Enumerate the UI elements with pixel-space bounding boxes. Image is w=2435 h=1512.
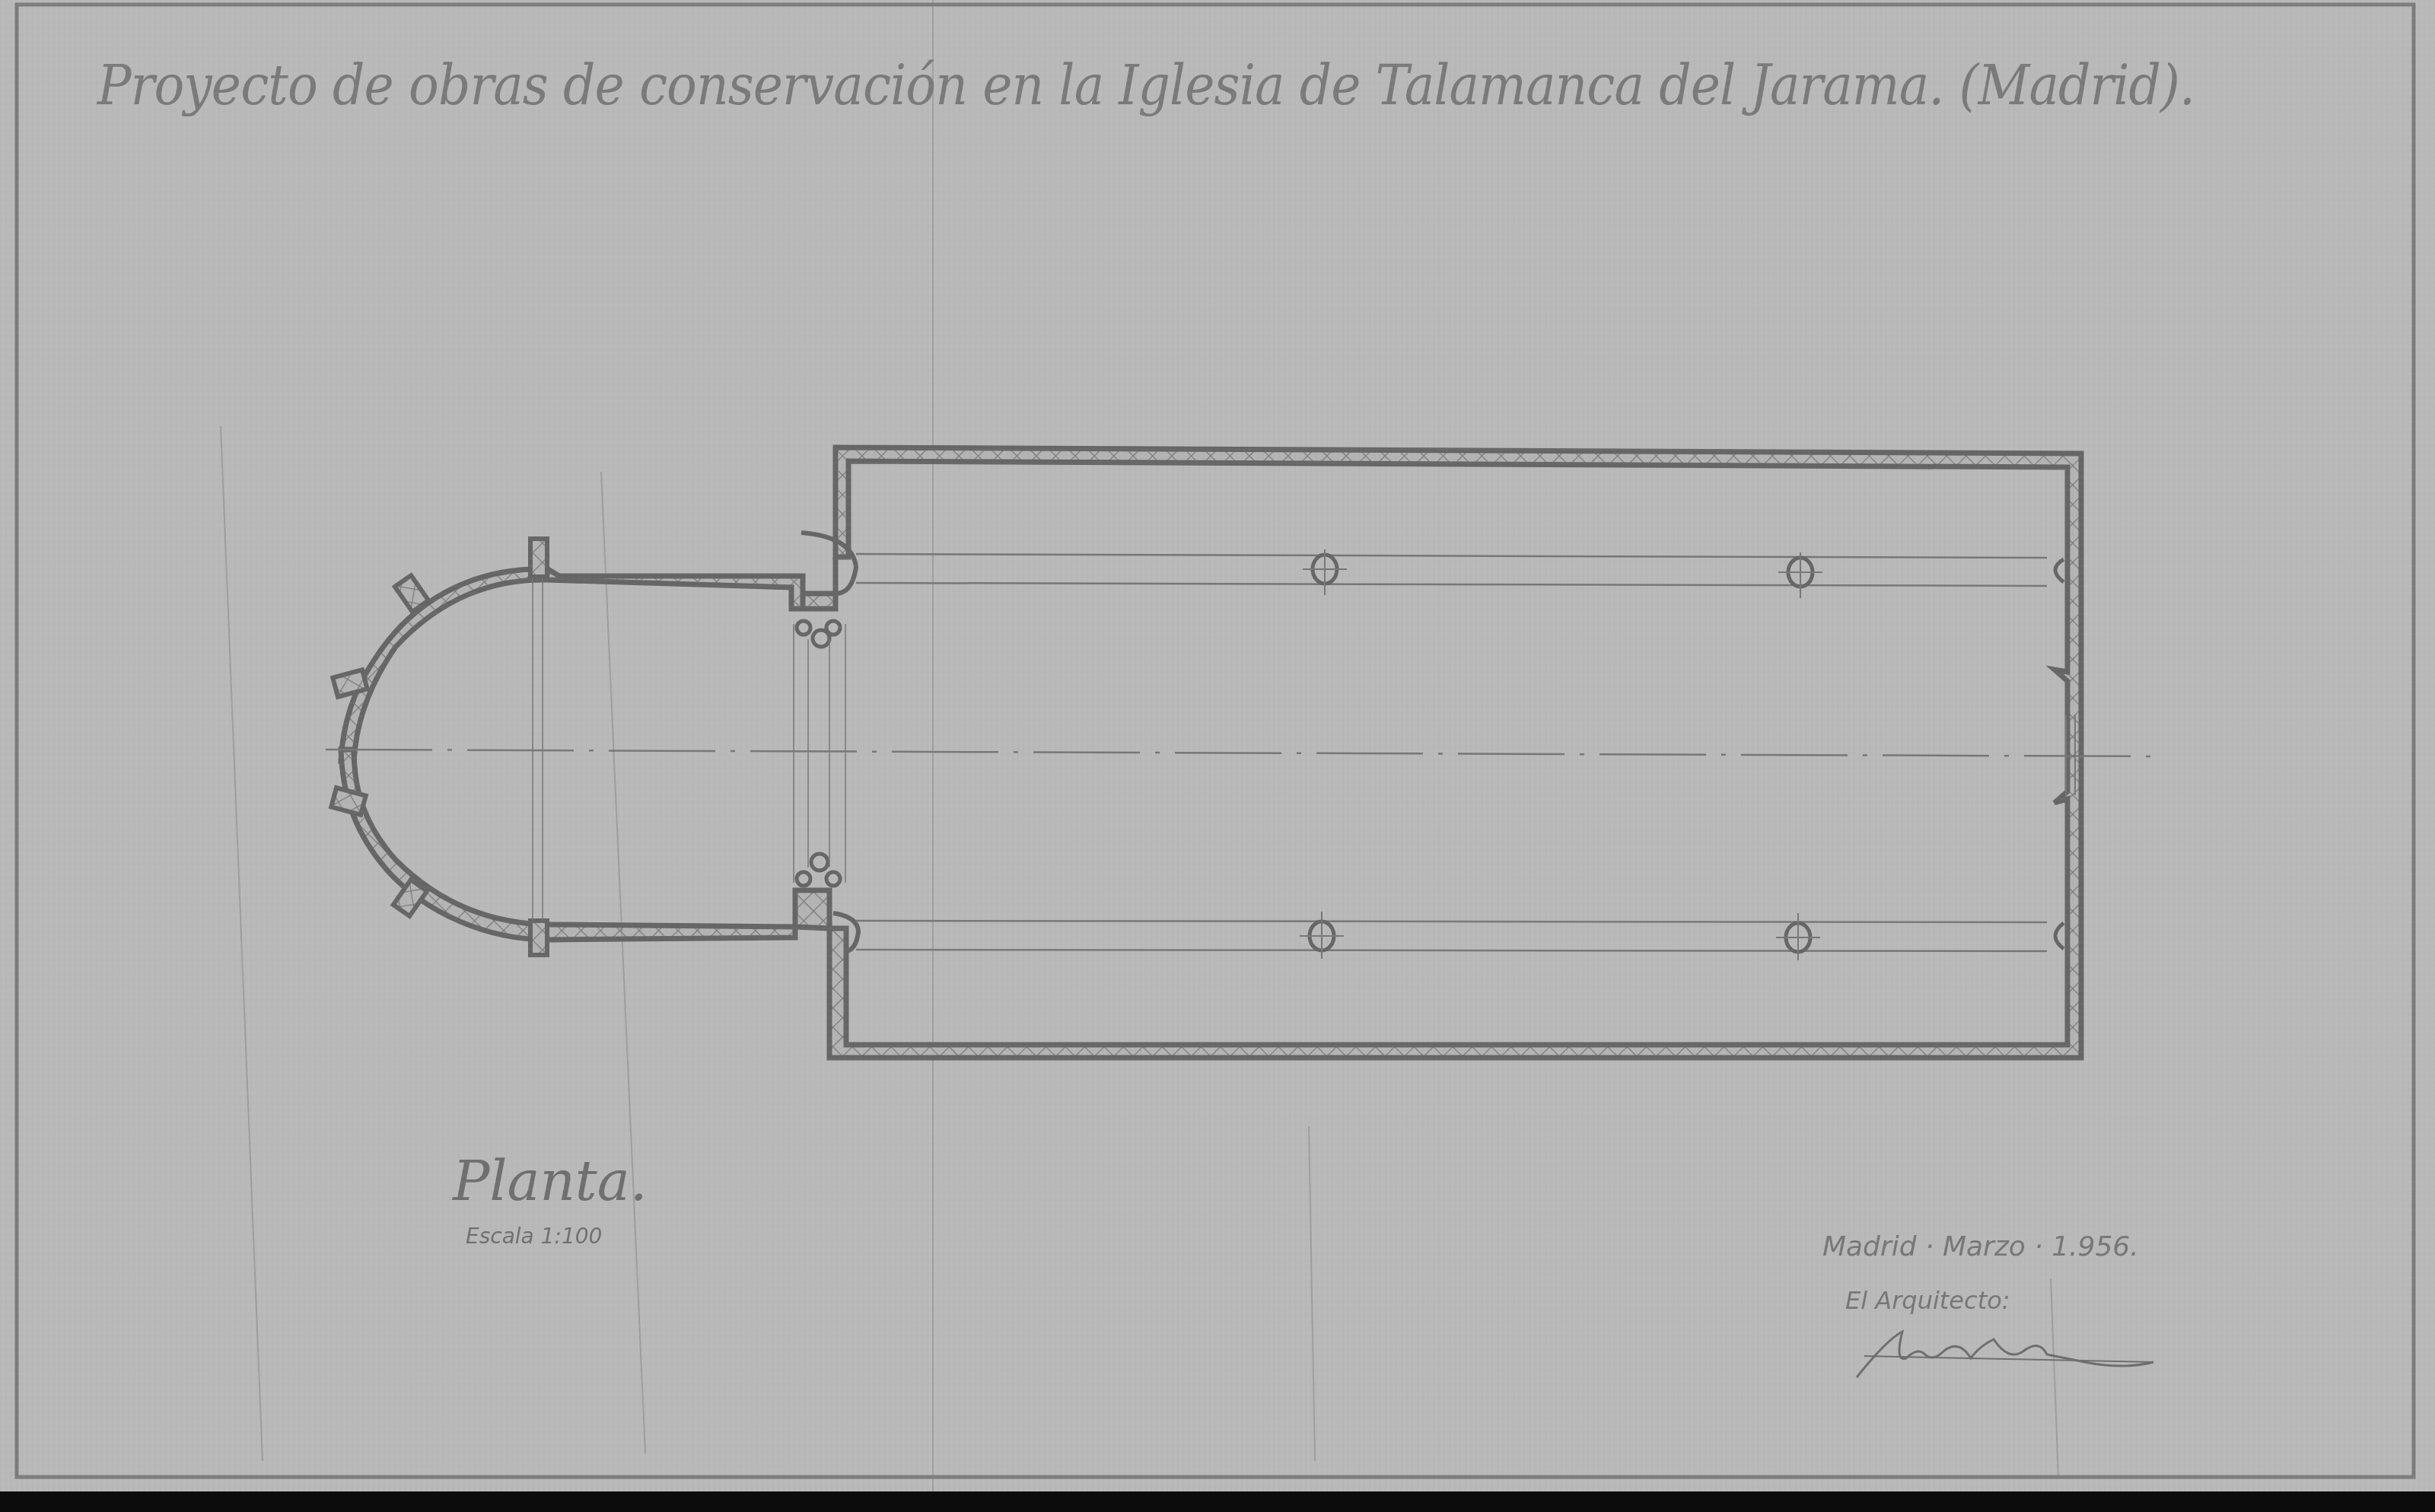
drawing-title: Proyecto de obras de conservación en la … [97, 53, 1988, 117]
nave-column-axes [533, 554, 2047, 951]
floor-plan-drawing [0, 0, 2435, 1512]
central-axis-line [326, 750, 2165, 756]
drawing-sheet: Proyecto de obras de conservación en la … [0, 0, 2435, 1491]
architect-signature [1857, 1332, 2153, 1377]
signature-label: El Arquitecto: [1845, 1286, 2010, 1315]
scale-label: Escala 1:100 [466, 1224, 602, 1249]
drawing-label: Planta. [453, 1149, 648, 1213]
place-date: Madrid · Marzo · 1.956. [1822, 1231, 2139, 1262]
